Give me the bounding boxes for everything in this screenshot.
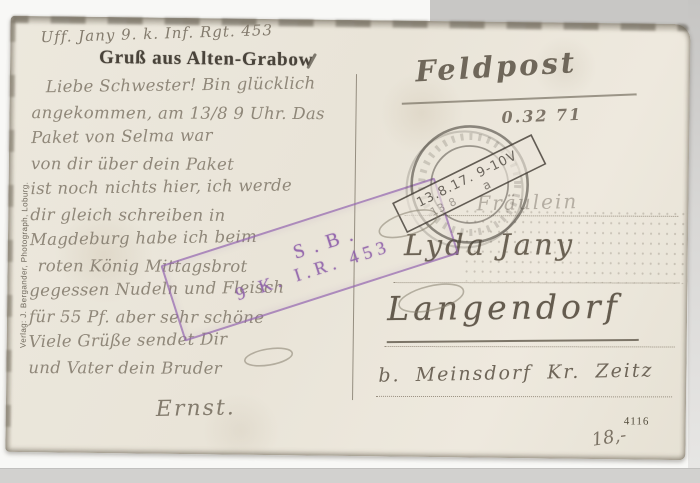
address-dotted-line bbox=[385, 346, 675, 348]
serial-number: 4116 bbox=[624, 415, 650, 427]
message-line: Liebe Schwester! Bin glücklich bbox=[46, 70, 372, 100]
message-line: Paket von Selma war bbox=[31, 120, 371, 150]
signature-line: Ernst. bbox=[156, 395, 236, 422]
address-town: Langendorf bbox=[387, 287, 621, 328]
price-note: 18,- bbox=[590, 425, 628, 451]
address-dotted-line bbox=[376, 396, 672, 398]
message-line: und Vater dein Bruder bbox=[28, 355, 368, 382]
address-dotted-line bbox=[393, 282, 679, 283]
feldpost-note: Feldpost bbox=[414, 45, 578, 88]
scanner-mat-bottom-band bbox=[0, 468, 700, 483]
address-town-underline bbox=[387, 339, 639, 343]
greeting-title: Gruß aus Alten-Grabow bbox=[70, 47, 342, 72]
postcard-back: Uff. Jany 9. k. Inf. Rgt. 453 Gruß aus A… bbox=[5, 16, 690, 460]
postmark: 13.8.17. 9-10V 13 8 a bbox=[384, 98, 556, 270]
message-line: ist noch nichts hier, ich werde bbox=[30, 171, 370, 201]
scanned-postcard-photo: Uff. Jany 9. k. Inf. Rgt. 453 Gruß aus A… bbox=[0, 0, 700, 483]
address-district: b. Meinsdorf Kr. Zeitz bbox=[378, 359, 654, 386]
pencil-unit-annotation: Uff. Jany 9. k. Inf. Rgt. 453 bbox=[40, 21, 273, 46]
